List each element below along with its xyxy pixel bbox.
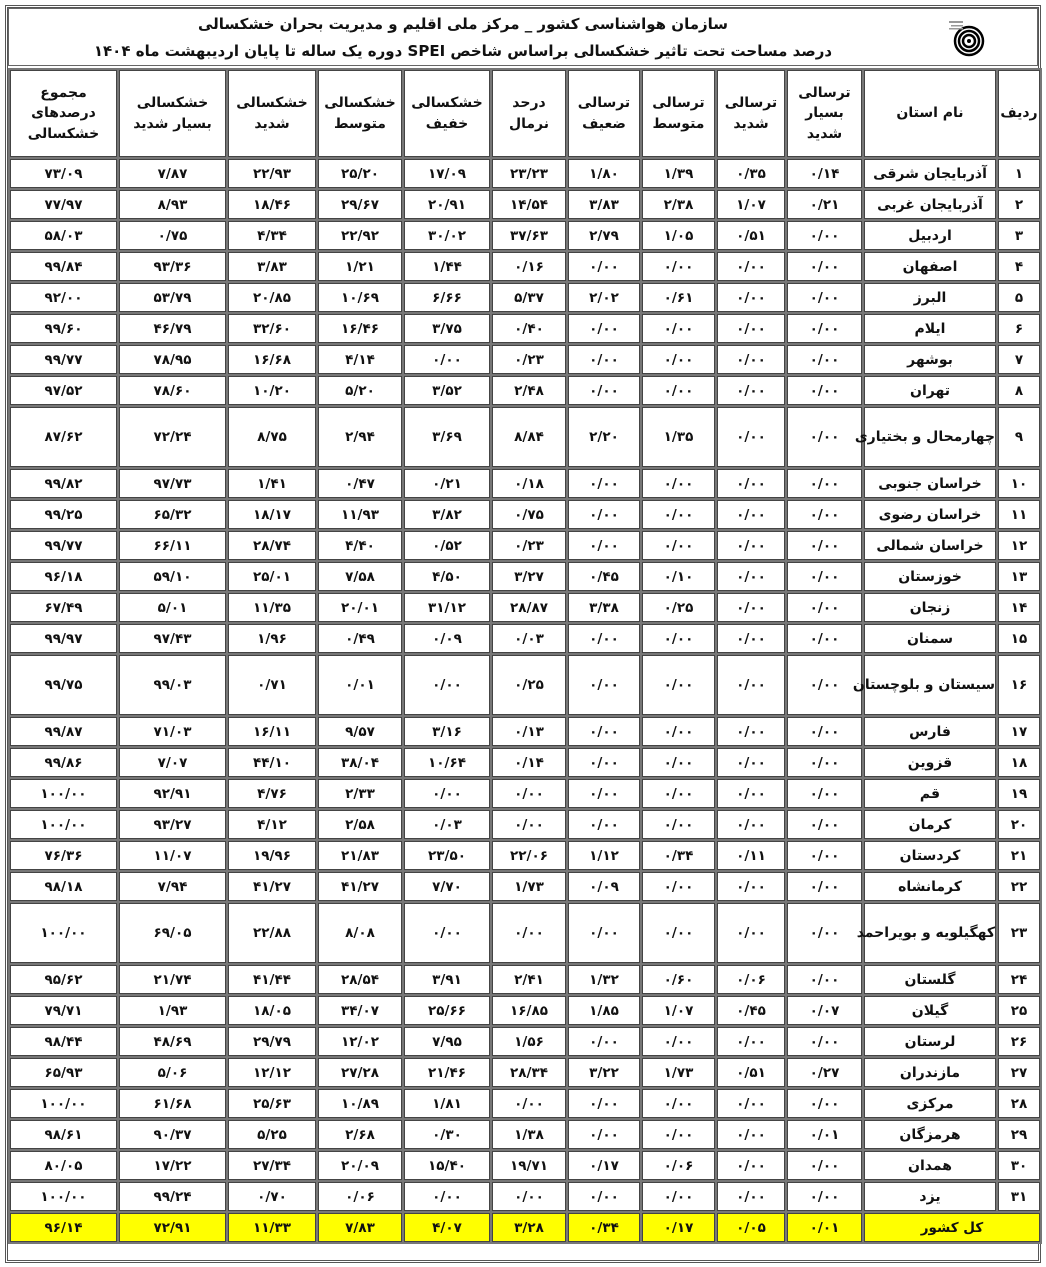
cell-moderate-drought: ۱۲/۰۲ <box>318 1027 402 1056</box>
cell-very-severe-drought: ۷/۸۷ <box>119 159 226 188</box>
cell-mild-drought: ۰/۰۰ <box>404 1182 490 1211</box>
cell-mild-drought: ۰/۳۰ <box>404 1120 490 1149</box>
cell-very-severe-drought: ۶۵/۳۲ <box>119 500 226 529</box>
cell-very-severe-drought: ۲۱/۷۴ <box>119 965 226 994</box>
table-row: ۱۳خوزستان۰/۰۰۰/۰۰۰/۱۰۰/۴۵۳/۲۷۴/۵۰۷/۵۸۲۵/… <box>10 562 1040 591</box>
table-row: ۱۱خراسان رضوی۰/۰۰۰/۰۰۰/۰۰۰/۰۰۰/۷۵۳/۸۲۱۱/… <box>10 500 1040 529</box>
table-row: ۷بوشهر۰/۰۰۰/۰۰۰/۰۰۰/۰۰۰/۲۳۰/۰۰۴/۱۴۱۶/۶۸۷… <box>10 345 1040 374</box>
cell-mild-drought: ۱۵/۴۰ <box>404 1151 490 1180</box>
cell-severe-drought: ۱/۴۱ <box>228 469 316 498</box>
cell-weak-wet: ۲/۲۰ <box>568 407 640 467</box>
cell-very-severe-wet: ۰/۰۱ <box>787 1213 862 1242</box>
cell-weak-wet: ۰/۰۰ <box>568 531 640 560</box>
cell-normal: ۱۶/۸۵ <box>492 996 566 1025</box>
cell-moderate-drought: ۴/۴۰ <box>318 531 402 560</box>
cell-severe-wet: ۰/۰۰ <box>717 345 785 374</box>
cell-weak-wet: ۰/۰۰ <box>568 345 640 374</box>
cell-normal: ۲۸/۳۴ <box>492 1058 566 1087</box>
cell-moderate-wet: ۲/۳۸ <box>642 190 715 219</box>
cell-moderate-wet: ۰/۰۰ <box>642 624 715 653</box>
cell-moderate-drought: ۲۰/۰۱ <box>318 593 402 622</box>
cell-moderate-drought: ۱۰/۶۹ <box>318 283 402 312</box>
col-header-normal: درحد نرمال <box>492 70 566 157</box>
cell-severe-drought: ۲۸/۷۴ <box>228 531 316 560</box>
cell-severe-wet: ۰/۰۵ <box>717 1213 785 1242</box>
cell-mild-drought: ۱۷/۰۹ <box>404 159 490 188</box>
cell-very-severe-wet: ۰/۰۰ <box>787 376 862 405</box>
cell-weak-wet: ۰/۰۰ <box>568 779 640 808</box>
cell-normal: ۰/۰۰ <box>492 1182 566 1211</box>
cell-normal: ۰/۱۴ <box>492 748 566 777</box>
cell-severe-drought: ۰/۷۱ <box>228 655 316 715</box>
cell-mild-drought: ۰/۰۰ <box>404 779 490 808</box>
cell-severe-drought: ۰/۷۰ <box>228 1182 316 1211</box>
cell-very-severe-wet: ۰/۰۰ <box>787 965 862 994</box>
cell-very-severe-drought: ۷۱/۰۳ <box>119 717 226 746</box>
cell-province: ایلام <box>864 314 996 343</box>
cell-total-drought: ۷۳/۰۹ <box>10 159 117 188</box>
cell-weak-wet: ۰/۰۰ <box>568 717 640 746</box>
cell-severe-drought: ۲۲/۸۸ <box>228 903 316 963</box>
table-row: ۳۱یزد۰/۰۰۰/۰۰۰/۰۰۰/۰۰۰/۰۰۰/۰۰۰/۰۶۰/۷۰۹۹/… <box>10 1182 1040 1211</box>
cell-row-no: ۲۷ <box>998 1058 1040 1087</box>
cell-moderate-wet: ۱/۳۹ <box>642 159 715 188</box>
cell-normal: ۰/۰۰ <box>492 903 566 963</box>
cell-mild-drought: ۰/۵۲ <box>404 531 490 560</box>
cell-total-drought: ۹۹/۲۵ <box>10 500 117 529</box>
report-header: سازمان هواشناسی کشور _ مرکز ملی اقلیم و … <box>8 8 1038 66</box>
cell-mild-drought: ۳/۷۵ <box>404 314 490 343</box>
cell-severe-drought: ۱۸/۱۷ <box>228 500 316 529</box>
table-row: ۲۲کرمانشاه۰/۰۰۰/۰۰۰/۰۰۰/۰۹۱/۷۳۷/۷۰۴۱/۲۷۴… <box>10 872 1040 901</box>
cell-very-severe-drought: ۷۸/۹۵ <box>119 345 226 374</box>
cell-total-drought: ۹۷/۵۲ <box>10 376 117 405</box>
cell-severe-drought: ۱۰/۲۰ <box>228 376 316 405</box>
drought-area-table: ردیف نام استان ترسالی بسیار شدید ترسالی … <box>8 68 1042 1244</box>
cell-total-drought: ۱۰۰/۰۰ <box>10 903 117 963</box>
cell-severe-drought: ۱۸/۴۶ <box>228 190 316 219</box>
table-row: ۲۶لرستان۰/۰۰۰/۰۰۰/۰۰۰/۰۰۱/۵۶۷/۹۵۱۲/۰۲۲۹/… <box>10 1027 1040 1056</box>
cell-total-drought: ۱۰۰/۰۰ <box>10 810 117 839</box>
cell-weak-wet: ۰/۰۰ <box>568 624 640 653</box>
cell-mild-drought: ۲۵/۶۶ <box>404 996 490 1025</box>
cell-mild-drought: ۴/۵۰ <box>404 562 490 591</box>
table-row: ۲۹هرمزگان۰/۰۱۰/۰۰۰/۰۰۰/۰۰۱/۳۸۰/۳۰۲/۶۸۵/۲… <box>10 1120 1040 1149</box>
cell-row-no: ۱۲ <box>998 531 1040 560</box>
cell-moderate-drought: ۰/۰۱ <box>318 655 402 715</box>
cell-moderate-drought: ۱۰/۸۹ <box>318 1089 402 1118</box>
cell-severe-wet: ۰/۰۰ <box>717 624 785 653</box>
cell-severe-wet: ۰/۰۰ <box>717 562 785 591</box>
cell-very-severe-wet: ۰/۰۰ <box>787 469 862 498</box>
cell-moderate-wet: ۰/۰۶ <box>642 1151 715 1180</box>
col-header-moderate-wet: ترسالی متوسط <box>642 70 715 157</box>
cell-severe-wet: ۰/۰۰ <box>717 252 785 281</box>
cell-very-severe-drought: ۹۷/۴۳ <box>119 624 226 653</box>
cell-severe-drought: ۳/۸۳ <box>228 252 316 281</box>
cell-moderate-wet: ۰/۰۰ <box>642 252 715 281</box>
cell-total-drought: ۹۹/۹۷ <box>10 624 117 653</box>
cell-mild-drought: ۱/۸۱ <box>404 1089 490 1118</box>
cell-total-drought: ۹۹/۸۴ <box>10 252 117 281</box>
cell-weak-wet: ۰/۰۰ <box>568 314 640 343</box>
cell-moderate-wet: ۰/۰۰ <box>642 1027 715 1056</box>
cell-very-severe-drought: ۴۶/۷۹ <box>119 314 226 343</box>
cell-normal: ۳/۲۷ <box>492 562 566 591</box>
cell-mild-drought: ۰/۰۹ <box>404 624 490 653</box>
cell-province: آذربایجان غربی <box>864 190 996 219</box>
cell-severe-wet: ۰/۵۱ <box>717 221 785 250</box>
cell-mild-drought: ۰/۲۱ <box>404 469 490 498</box>
cell-mild-drought: ۳/۸۲ <box>404 500 490 529</box>
cell-total-drought: ۱۰۰/۰۰ <box>10 1182 117 1211</box>
cell-province: چهارمحال و بختیاری <box>864 407 996 467</box>
cell-moderate-wet: ۰/۰۰ <box>642 345 715 374</box>
table-row: ۱۸قزوین۰/۰۰۰/۰۰۰/۰۰۰/۰۰۰/۱۴۱۰/۶۴۳۸/۰۴۴۴/… <box>10 748 1040 777</box>
cell-mild-drought: ۴/۰۷ <box>404 1213 490 1242</box>
cell-weak-wet: ۰/۴۵ <box>568 562 640 591</box>
cell-total-drought: ۹۵/۶۲ <box>10 965 117 994</box>
cell-severe-wet: ۰/۰۰ <box>717 1182 785 1211</box>
cell-province: مازندران <box>864 1058 996 1087</box>
cell-row-no: ۷ <box>998 345 1040 374</box>
cell-weak-wet: ۰/۰۰ <box>568 376 640 405</box>
table-row: ۲۴گلستان۰/۰۰۰/۰۶۰/۶۰۱/۳۲۲/۴۱۳/۹۱۲۸/۵۴۴۱/… <box>10 965 1040 994</box>
cell-severe-wet: ۰/۰۶ <box>717 965 785 994</box>
cell-very-severe-drought: ۵۹/۱۰ <box>119 562 226 591</box>
cell-province: البرز <box>864 283 996 312</box>
cell-total-drought: ۶۵/۹۳ <box>10 1058 117 1087</box>
cell-severe-drought: ۱/۹۶ <box>228 624 316 653</box>
cell-province: آذربایجان شرقی <box>864 159 996 188</box>
cell-severe-wet: ۰/۱۱ <box>717 841 785 870</box>
cell-weak-wet: ۳/۳۸ <box>568 593 640 622</box>
cell-moderate-drought: ۷/۸۳ <box>318 1213 402 1242</box>
table-row: ۱۹قم۰/۰۰۰/۰۰۰/۰۰۰/۰۰۰/۰۰۰/۰۰۲/۳۳۴/۷۶۹۲/۹… <box>10 779 1040 808</box>
cell-row-no: ۱۰ <box>998 469 1040 498</box>
cell-severe-wet: ۰/۰۰ <box>717 500 785 529</box>
cell-very-severe-drought: ۷/۰۷ <box>119 748 226 777</box>
cell-moderate-drought: ۸/۰۸ <box>318 903 402 963</box>
cell-weak-wet: ۲/۷۹ <box>568 221 640 250</box>
cell-mild-drought: ۰/۰۰ <box>404 903 490 963</box>
cell-moderate-drought: ۲۷/۲۸ <box>318 1058 402 1087</box>
cell-very-severe-drought: ۹۲/۹۱ <box>119 779 226 808</box>
cell-very-severe-drought: ۹۳/۳۶ <box>119 252 226 281</box>
cell-very-severe-wet: ۰/۰۰ <box>787 779 862 808</box>
cell-moderate-wet: ۰/۱۰ <box>642 562 715 591</box>
cell-moderate-drought: ۰/۴۷ <box>318 469 402 498</box>
cell-very-severe-wet: ۰/۲۱ <box>787 190 862 219</box>
cell-moderate-drought: ۴/۱۴ <box>318 345 402 374</box>
cell-row-no: ۱۹ <box>998 779 1040 808</box>
cell-very-severe-wet: ۰/۰۰ <box>787 624 862 653</box>
cell-normal: ۵/۳۷ <box>492 283 566 312</box>
cell-total-drought: ۱۰۰/۰۰ <box>10 779 117 808</box>
cell-severe-drought: ۲۲/۹۳ <box>228 159 316 188</box>
cell-weak-wet: ۱/۳۲ <box>568 965 640 994</box>
cell-very-severe-drought: ۷۲/۲۴ <box>119 407 226 467</box>
cell-very-severe-wet: ۰/۰۰ <box>787 283 862 312</box>
cell-very-severe-drought: ۹۷/۷۳ <box>119 469 226 498</box>
cell-very-severe-wet: ۰/۱۴ <box>787 159 862 188</box>
cell-weak-wet: ۰/۱۷ <box>568 1151 640 1180</box>
table-row: ۲۰کرمان۰/۰۰۰/۰۰۰/۰۰۰/۰۰۰/۰۰۰/۰۳۲/۵۸۴/۱۲۹… <box>10 810 1040 839</box>
cell-row-no: ۱۶ <box>998 655 1040 715</box>
cell-normal: ۰/۲۵ <box>492 655 566 715</box>
cell-severe-drought: ۲۰/۸۵ <box>228 283 316 312</box>
cell-normal: ۱/۷۳ <box>492 872 566 901</box>
cell-total-drought: ۹۲/۰۰ <box>10 283 117 312</box>
cell-moderate-drought: ۰/۴۹ <box>318 624 402 653</box>
cell-moderate-wet: ۰/۰۰ <box>642 1089 715 1118</box>
cell-severe-drought: ۴۱/۴۴ <box>228 965 316 994</box>
cell-severe-drought: ۵/۲۵ <box>228 1120 316 1149</box>
cell-province: لرستان <box>864 1027 996 1056</box>
cell-row-no: ۲۴ <box>998 965 1040 994</box>
cell-severe-wet: ۰/۰۰ <box>717 314 785 343</box>
cell-very-severe-wet: ۰/۰۰ <box>787 1027 862 1056</box>
cell-very-severe-wet: ۰/۰۰ <box>787 841 862 870</box>
cell-very-severe-drought: ۱/۹۳ <box>119 996 226 1025</box>
table-row: ۲آذربایجان غربی۰/۲۱۱/۰۷۲/۳۸۳/۸۳۱۴/۵۴۲۰/۹… <box>10 190 1040 219</box>
table-row: ۲۷مازندران۰/۲۷۰/۵۱۱/۷۳۳/۲۲۲۸/۳۴۲۱/۴۶۲۷/۲… <box>10 1058 1040 1087</box>
cell-severe-wet: ۰/۰۰ <box>717 1151 785 1180</box>
cell-province: اصفهان <box>864 252 996 281</box>
table-row: ۱۵سمنان۰/۰۰۰/۰۰۰/۰۰۰/۰۰۰/۰۳۰/۰۹۰/۴۹۱/۹۶۹… <box>10 624 1040 653</box>
cell-severe-wet: ۰/۵۱ <box>717 1058 785 1087</box>
cell-normal: ۰/۱۶ <box>492 252 566 281</box>
cell-moderate-wet: ۰/۰۰ <box>642 717 715 746</box>
cell-severe-wet: ۰/۰۰ <box>717 903 785 963</box>
cell-moderate-wet: ۰/۰۰ <box>642 469 715 498</box>
cell-moderate-wet: ۰/۰۰ <box>642 748 715 777</box>
table-row: ۱۴زنجان۰/۰۰۰/۰۰۰/۲۵۳/۳۸۲۸/۸۷۳۱/۱۲۲۰/۰۱۱۱… <box>10 593 1040 622</box>
col-header-total-drought: مجموع درصدهای خشکسالی <box>10 70 117 157</box>
cell-moderate-drought: ۲/۶۸ <box>318 1120 402 1149</box>
cell-severe-wet: ۰/۰۰ <box>717 283 785 312</box>
table-row: ۳۰همدان۰/۰۰۰/۰۰۰/۰۶۰/۱۷۱۹/۷۱۱۵/۴۰۲۰/۰۹۲۷… <box>10 1151 1040 1180</box>
cell-weak-wet: ۰/۰۰ <box>568 1120 640 1149</box>
cell-province: زنجان <box>864 593 996 622</box>
cell-row-no: ۲۹ <box>998 1120 1040 1149</box>
cell-severe-drought: ۱۹/۹۶ <box>228 841 316 870</box>
cell-total-drought: ۹۸/۶۱ <box>10 1120 117 1149</box>
cell-very-severe-wet: ۰/۰۰ <box>787 531 862 560</box>
cell-row-no: ۱۴ <box>998 593 1040 622</box>
col-header-mild-drought: خشکسالی خفیف <box>404 70 490 157</box>
cell-severe-wet: ۰/۰۰ <box>717 376 785 405</box>
col-header-very-severe-wet: ترسالی بسیار شدید <box>787 70 862 157</box>
cell-very-severe-drought: ۹۹/۲۴ <box>119 1182 226 1211</box>
cell-moderate-drought: ۳۸/۰۴ <box>318 748 402 777</box>
cell-severe-wet: ۰/۴۵ <box>717 996 785 1025</box>
cell-province: خراسان رضوی <box>864 500 996 529</box>
cell-very-severe-drought: ۶۶/۱۱ <box>119 531 226 560</box>
cell-mild-drought: ۲۱/۴۶ <box>404 1058 490 1087</box>
cell-very-severe-wet: ۰/۰۰ <box>787 252 862 281</box>
cell-very-severe-wet: ۰/۰۰ <box>787 748 862 777</box>
cell-normal: ۱۹/۷۱ <box>492 1151 566 1180</box>
cell-normal: ۲/۴۱ <box>492 965 566 994</box>
cell-normal: ۰/۰۰ <box>492 810 566 839</box>
cell-moderate-wet: ۰/۰۰ <box>642 1120 715 1149</box>
cell-row-no: ۳۱ <box>998 1182 1040 1211</box>
cell-row-no: ۶ <box>998 314 1040 343</box>
cell-weak-wet: ۱/۱۲ <box>568 841 640 870</box>
cell-very-severe-wet: ۰/۰۷ <box>787 996 862 1025</box>
cell-very-severe-wet: ۰/۰۰ <box>787 500 862 529</box>
cell-normal: ۰/۲۳ <box>492 531 566 560</box>
cell-severe-wet: ۰/۰۰ <box>717 1089 785 1118</box>
col-header-weak-wet: ترسالی ضعیف <box>568 70 640 157</box>
cell-moderate-drought: ۱۶/۴۶ <box>318 314 402 343</box>
cell-weak-wet: ۲/۰۲ <box>568 283 640 312</box>
cell-weak-wet: ۱/۸۵ <box>568 996 640 1025</box>
cell-weak-wet: ۱/۸۰ <box>568 159 640 188</box>
cell-severe-drought: ۱۸/۰۵ <box>228 996 316 1025</box>
cell-moderate-drought: ۲/۵۸ <box>318 810 402 839</box>
cell-weak-wet: ۰/۰۰ <box>568 655 640 715</box>
cell-weak-wet: ۳/۲۲ <box>568 1058 640 1087</box>
cell-weak-wet: ۰/۰۰ <box>568 469 640 498</box>
cell-very-severe-drought: ۸/۹۳ <box>119 190 226 219</box>
cell-total-drought: ۹۹/۸۲ <box>10 469 117 498</box>
cell-row-no: ۱ <box>998 159 1040 188</box>
cell-severe-drought: ۲۵/۰۱ <box>228 562 316 591</box>
cell-province: خوزستان <box>864 562 996 591</box>
cell-province: سمنان <box>864 624 996 653</box>
cell-mild-drought: ۳/۵۲ <box>404 376 490 405</box>
cell-total-drought: ۹۹/۷۷ <box>10 345 117 374</box>
cell-very-severe-wet: ۰/۰۰ <box>787 1182 862 1211</box>
cell-very-severe-wet: ۰/۰۰ <box>787 407 862 467</box>
cell-mild-drought: ۰/۰۰ <box>404 655 490 715</box>
cell-very-severe-drought: ۰/۷۵ <box>119 221 226 250</box>
cell-moderate-drought: ۲۸/۵۴ <box>318 965 402 994</box>
organization-title: سازمان هواشناسی کشور _ مرکز ملی اقلیم و … <box>9 15 917 33</box>
cell-moderate-wet: ۰/۳۴ <box>642 841 715 870</box>
cell-row-no: ۱۷ <box>998 717 1040 746</box>
cell-severe-drought: ۱۱/۳۳ <box>228 1213 316 1242</box>
cell-normal: ۲۲/۰۶ <box>492 841 566 870</box>
cell-province: سیستان و بلوچستان <box>864 655 996 715</box>
cell-severe-drought: ۴/۱۲ <box>228 810 316 839</box>
cell-mild-drought: ۳/۶۹ <box>404 407 490 467</box>
table-row: ۸تهران۰/۰۰۰/۰۰۰/۰۰۰/۰۰۲/۴۸۳/۵۲۵/۲۰۱۰/۲۰۷… <box>10 376 1040 405</box>
cell-moderate-wet: ۰/۰۰ <box>642 500 715 529</box>
cell-severe-drought: ۴۴/۱۰ <box>228 748 316 777</box>
cell-weak-wet: ۰/۰۰ <box>568 748 640 777</box>
cell-province: گلستان <box>864 965 996 994</box>
cell-row-no: ۲۵ <box>998 996 1040 1025</box>
table-row: ۲۵گیلان۰/۰۷۰/۴۵۱/۰۷۱/۸۵۱۶/۸۵۲۵/۶۶۳۴/۰۷۱۸… <box>10 996 1040 1025</box>
table-row: ۹چهارمحال و بختیاری۰/۰۰۰/۰۰۱/۳۵۲/۲۰۸/۸۴۳… <box>10 407 1040 467</box>
cell-province: کردستان <box>864 841 996 870</box>
cell-province: فارس <box>864 717 996 746</box>
col-header-moderate-drought: خشکسالی متوسط <box>318 70 402 157</box>
cell-very-severe-drought: ۹۹/۰۳ <box>119 655 226 715</box>
cell-moderate-wet: ۰/۰۰ <box>642 314 715 343</box>
cell-very-severe-drought: ۵/۰۶ <box>119 1058 226 1087</box>
cell-normal: ۱۴/۵۴ <box>492 190 566 219</box>
cell-severe-wet: ۰/۰۰ <box>717 407 785 467</box>
cell-severe-wet: ۰/۰۰ <box>717 531 785 560</box>
cell-severe-drought: ۱۱/۳۵ <box>228 593 316 622</box>
cell-mild-drought: ۳/۹۱ <box>404 965 490 994</box>
cell-severe-drought: ۲۹/۷۹ <box>228 1027 316 1056</box>
cell-very-severe-wet: ۰/۰۱ <box>787 1120 862 1149</box>
report-subtitle: درصد مساحت تحت تاثیر خشکسالی براساس شاخص… <box>9 42 917 60</box>
table-row: ۲۳کهگیلویه و بویراحمد۰/۰۰۰/۰۰۰/۰۰۰/۰۰۰/۰… <box>10 903 1040 963</box>
cell-province: هرمزگان <box>864 1120 996 1149</box>
cell-total-drought: ۹۹/۸۷ <box>10 717 117 746</box>
cell-total-drought: ۸۰/۰۵ <box>10 1151 117 1180</box>
cell-normal: ۰/۷۵ <box>492 500 566 529</box>
cell-row-no: ۴ <box>998 252 1040 281</box>
cell-province: قم <box>864 779 996 808</box>
cell-moderate-wet: ۰/۰۰ <box>642 1182 715 1211</box>
cell-weak-wet: ۰/۰۰ <box>568 810 640 839</box>
cell-moderate-drought: ۳۴/۰۷ <box>318 996 402 1025</box>
cell-province: تهران <box>864 376 996 405</box>
cell-very-severe-drought: ۵/۰۱ <box>119 593 226 622</box>
cell-very-severe-wet: ۰/۰۰ <box>787 593 862 622</box>
total-label: کل کشور <box>864 1213 1040 1242</box>
cell-moderate-drought: ۲۰/۰۹ <box>318 1151 402 1180</box>
cell-very-severe-wet: ۰/۰۰ <box>787 221 862 250</box>
national-total-row: کل کشور ۰/۰۱ ۰/۰۵ ۰/۱۷ ۰/۳۴ ۳/۲۸ ۴/۰۷ ۷/… <box>10 1213 1040 1242</box>
cell-moderate-wet: ۰/۱۷ <box>642 1213 715 1242</box>
cell-province: گیلان <box>864 996 996 1025</box>
cell-province: اردبیل <box>864 221 996 250</box>
cell-normal: ۱/۵۶ <box>492 1027 566 1056</box>
cell-row-no: ۱۸ <box>998 748 1040 777</box>
cell-province: کهگیلویه و بویراحمد <box>864 903 996 963</box>
cell-total-drought: ۸۷/۶۲ <box>10 407 117 467</box>
col-header-province: نام استان <box>864 70 996 157</box>
cell-total-drought: ۹۹/۶۰ <box>10 314 117 343</box>
cell-mild-drought: ۱/۴۴ <box>404 252 490 281</box>
cell-moderate-drought: ۰/۰۶ <box>318 1182 402 1211</box>
cell-normal: ۲۸/۸۷ <box>492 593 566 622</box>
table-row: ۱آذربایجان شرقی۰/۱۴۰/۳۵۱/۳۹۱/۸۰۲۳/۲۳۱۷/۰… <box>10 159 1040 188</box>
cell-moderate-wet: ۱/۰۵ <box>642 221 715 250</box>
cell-moderate-wet: ۰/۰۰ <box>642 779 715 808</box>
table-row: ۲۱کردستان۰/۰۰۰/۱۱۰/۳۴۱/۱۲۲۲/۰۶۲۳/۵۰۲۱/۸۳… <box>10 841 1040 870</box>
cell-moderate-drought: ۷/۵۸ <box>318 562 402 591</box>
cell-total-drought: ۷۶/۳۶ <box>10 841 117 870</box>
cell-severe-drought: ۱۶/۱۱ <box>228 717 316 746</box>
cell-weak-wet: ۰/۰۰ <box>568 500 640 529</box>
cell-total-drought: ۱۰۰/۰۰ <box>10 1089 117 1118</box>
table-row: ۶ایلام۰/۰۰۰/۰۰۰/۰۰۰/۰۰۰/۴۰۳/۷۵۱۶/۴۶۳۲/۶۰… <box>10 314 1040 343</box>
cell-row-no: ۲۸ <box>998 1089 1040 1118</box>
cell-row-no: ۲۰ <box>998 810 1040 839</box>
cell-row-no: ۳ <box>998 221 1040 250</box>
cell-moderate-wet: ۱/۰۷ <box>642 996 715 1025</box>
cell-province: خراسان شمالی <box>864 531 996 560</box>
cell-weak-wet: ۰/۰۰ <box>568 1027 640 1056</box>
cell-mild-drought: ۳۰/۰۲ <box>404 221 490 250</box>
cell-moderate-wet: ۰/۶۰ <box>642 965 715 994</box>
cell-moderate-drought: ۲/۳۳ <box>318 779 402 808</box>
cell-row-no: ۲۶ <box>998 1027 1040 1056</box>
cell-normal: ۲/۴۸ <box>492 376 566 405</box>
cell-total-drought: ۹۹/۷۵ <box>10 655 117 715</box>
cell-very-severe-wet: ۰/۰۰ <box>787 903 862 963</box>
cell-total-drought: ۹۶/۱۸ <box>10 562 117 591</box>
